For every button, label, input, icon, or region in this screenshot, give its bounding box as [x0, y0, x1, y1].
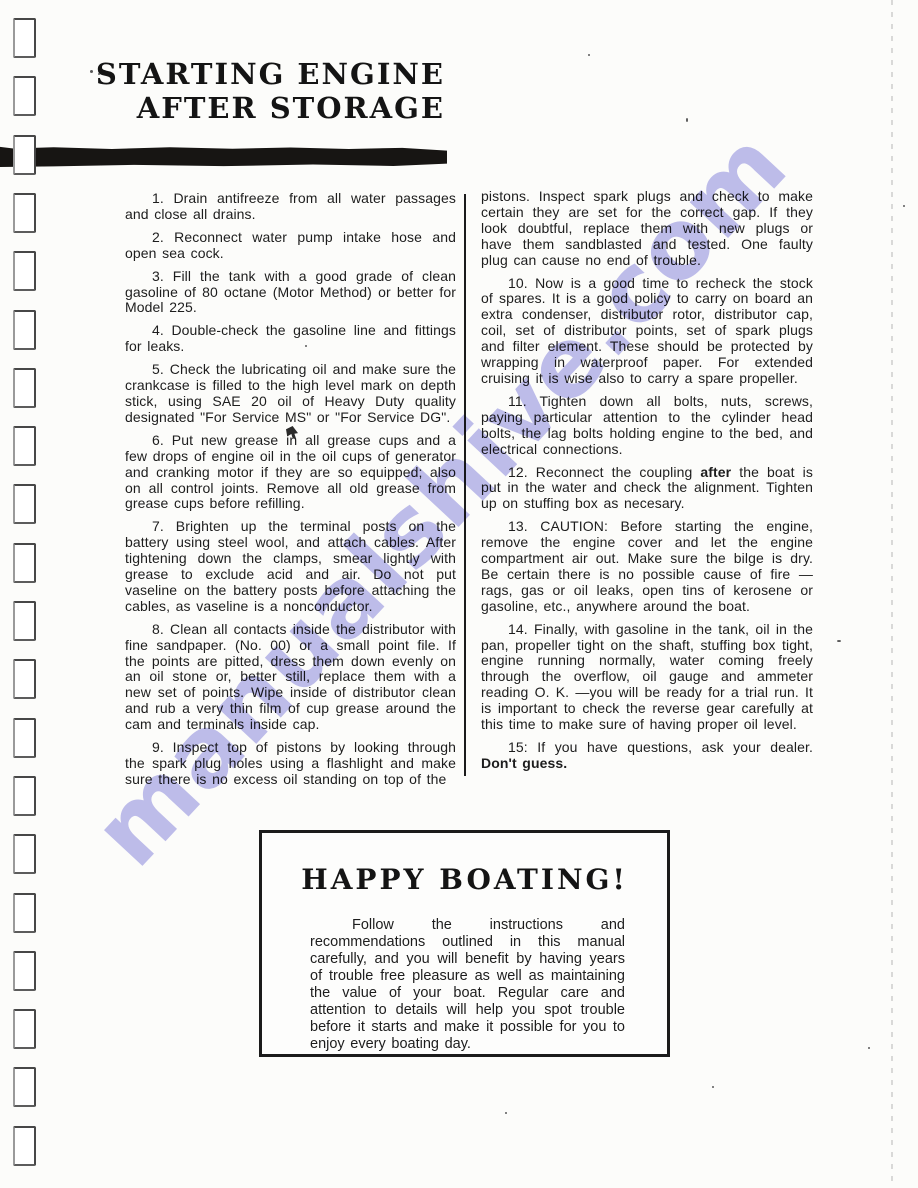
scan-speck	[588, 54, 590, 56]
binding-hole	[13, 951, 36, 991]
column-divider	[464, 194, 466, 776]
scan-speck	[305, 345, 307, 347]
scan-speck	[712, 1086, 714, 1088]
binding-hole	[13, 193, 36, 233]
step-9: 9. Inspect top of pistons by looking thr…	[125, 740, 456, 788]
happy-boating-body: Follow the instructions and recommendati…	[310, 917, 625, 1053]
right-column: pistons. Inspect spark plugs and check t…	[481, 189, 813, 779]
scan-speck	[90, 70, 93, 73]
scan-speck	[837, 640, 841, 642]
step-14: 14. Finally, with gasoline in the tank, …	[481, 622, 813, 733]
step-6: 6. Put new grease in all grease cups and…	[125, 433, 456, 513]
happy-boating-title: HAPPY BOATING!	[262, 863, 667, 896]
step-11: 11. Tighten down all bolts, nuts, screws…	[481, 394, 813, 458]
scan-speck	[98, 73, 100, 75]
left-column: 1. Drain antifreeze from all water passa…	[125, 191, 456, 795]
binding-hole	[13, 893, 36, 933]
binding-hole	[13, 1067, 36, 1107]
step-10: 10. Now is a good time to recheck the st…	[481, 276, 813, 387]
binding-hole	[13, 1126, 36, 1166]
page-title-line2: AFTER STORAGE	[137, 91, 445, 125]
step-15: 15: If you have questions, ask your deal…	[481, 740, 813, 772]
binding-hole	[13, 76, 36, 116]
step-12: 12. Reconnect the coupling after the boa…	[481, 465, 813, 513]
scan-speck	[903, 205, 905, 207]
binding-hole	[13, 543, 36, 583]
scan-speck	[505, 1112, 507, 1114]
step-1: 1. Drain antifreeze from all water passa…	[125, 191, 456, 223]
step-13: 13. CAUTION: Before starting the engine,…	[481, 519, 813, 614]
binding-hole	[13, 718, 36, 758]
page-title-line1: STARTING ENGINE	[96, 57, 445, 91]
step-2: 2. Reconnect water pump intake hose and …	[125, 230, 456, 262]
binding-hole	[13, 426, 36, 466]
title-rule-bar	[0, 146, 447, 167]
binding-hole	[13, 310, 36, 350]
step-9-continued: pistons. Inspect spark plugs and check t…	[481, 189, 813, 269]
binding-hole	[13, 776, 36, 816]
manual-page: STARTING ENGINE AFTER STORAGE 1. Drain a…	[0, 0, 918, 1188]
step-5: 5. Check the lubricating oil and make su…	[125, 362, 456, 426]
binding-hole	[13, 484, 36, 524]
step-8: 8. Clean all contacts inside the distrib…	[125, 622, 456, 733]
binding-hole	[13, 601, 36, 641]
scan-edge-line	[891, 0, 893, 1188]
happy-boating-box: HAPPY BOATING! Follow the instructions a…	[259, 830, 670, 1057]
scan-speck	[868, 1047, 870, 1049]
binding-hole	[13, 368, 36, 408]
page-title: STARTING ENGINE AFTER STORAGE	[15, 57, 445, 125]
binding-hole	[13, 135, 36, 175]
binding-hole	[13, 251, 36, 291]
binding-hole	[13, 1009, 36, 1049]
step-4: 4. Double-check the gasoline line and fi…	[125, 323, 456, 355]
binding-hole	[13, 659, 36, 699]
step-7: 7. Brighten up the terminal posts on the…	[125, 519, 456, 614]
scan-speck	[686, 118, 688, 122]
binding-hole	[13, 18, 36, 58]
step-3: 3. Fill the tank with a good grade of cl…	[125, 269, 456, 317]
binding-hole	[13, 834, 36, 874]
